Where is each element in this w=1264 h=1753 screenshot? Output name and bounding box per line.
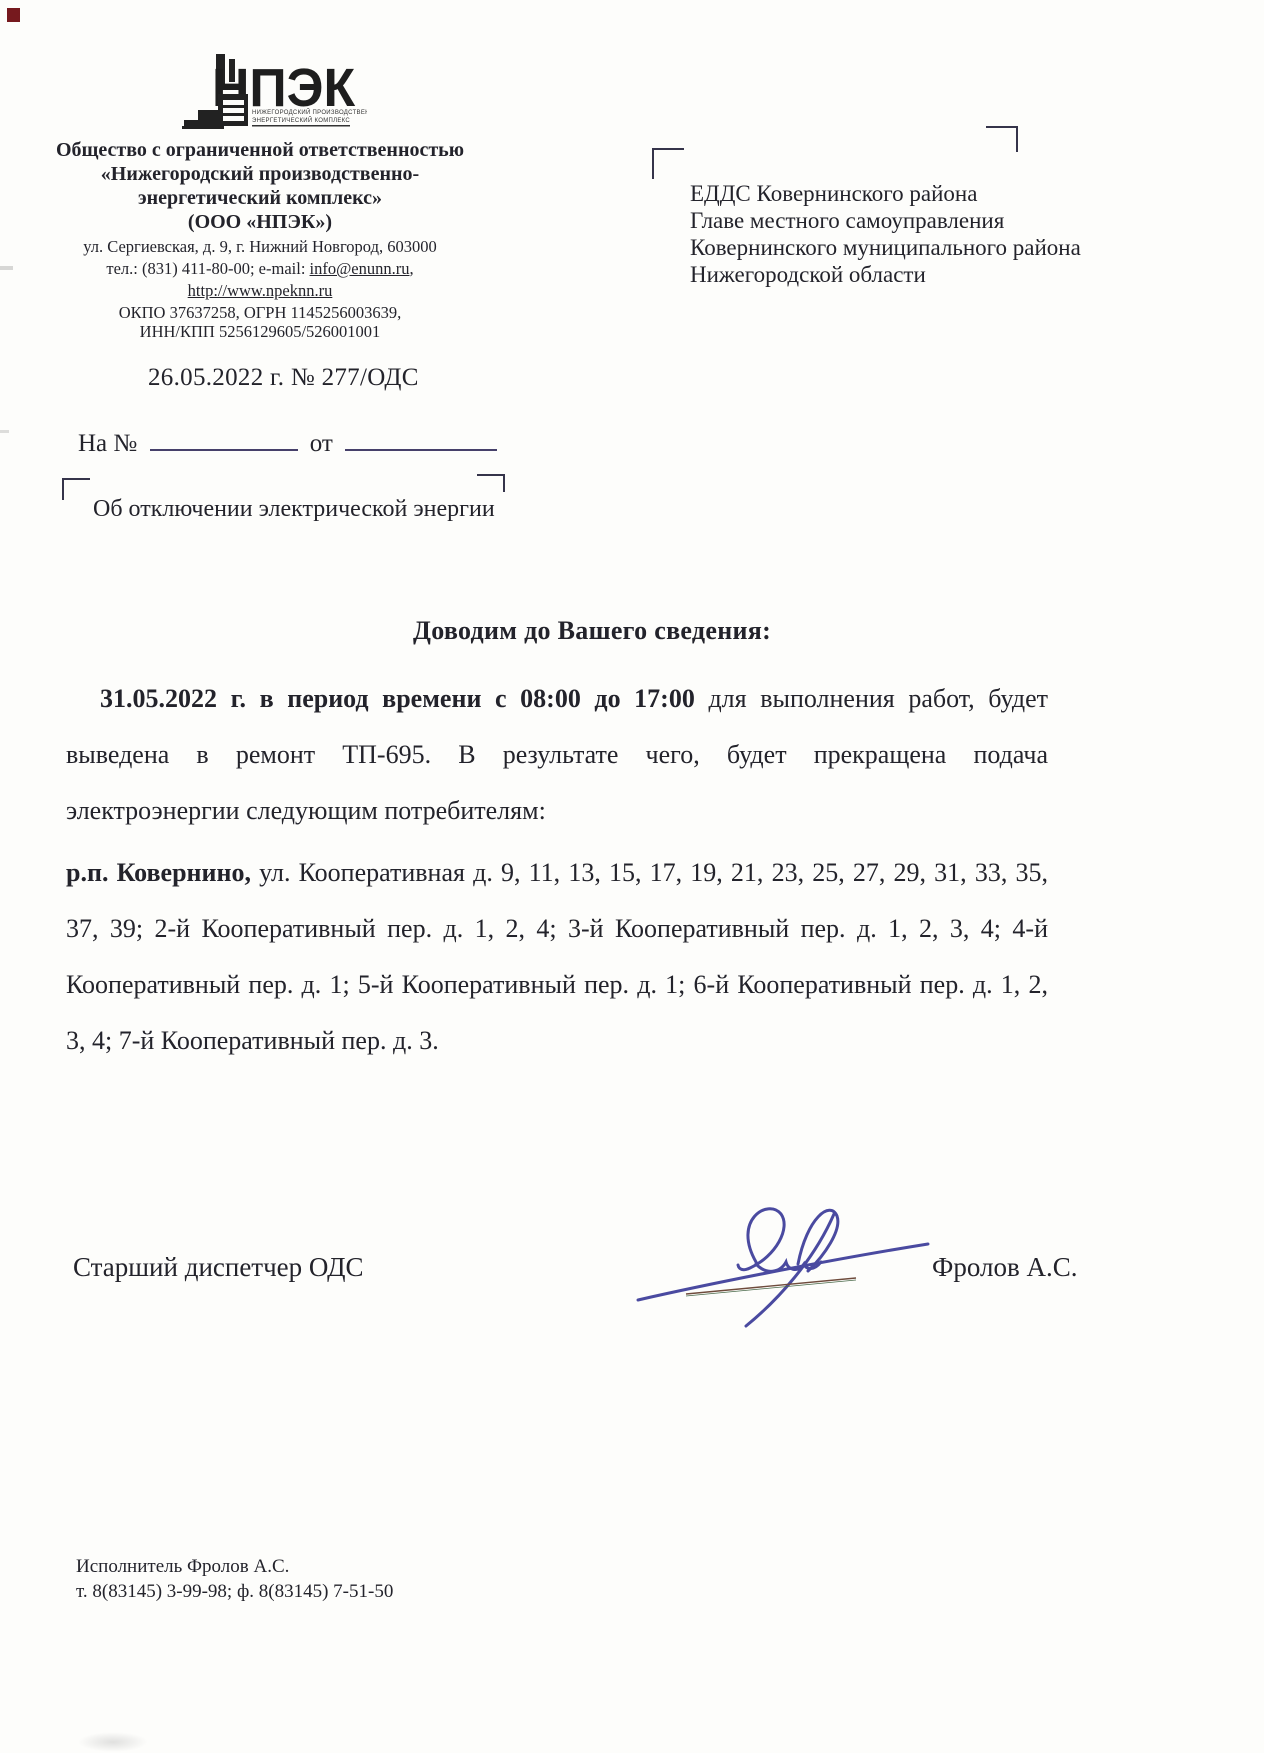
body-line-3: электроэнергии следующим потребителям:	[66, 796, 1048, 826]
scan-artifact-dash	[0, 266, 13, 270]
org-okpo-ogrn: ОКПО 37637258, ОГРН 1145256003639,	[55, 303, 465, 322]
org-contacts: тел.: (831) 411-80-00; e-mail: info@enun…	[55, 259, 465, 278]
body-heading: Доводим до Вашего сведения:	[413, 616, 771, 646]
scan-artifact-dash	[0, 430, 9, 433]
org-name-line: «Нижегородский производственно-	[55, 162, 465, 186]
org-email: info@enunn.ru	[310, 259, 410, 278]
ref-number-blank	[150, 448, 298, 451]
recipient-block: ЕДДС Ковернинского района Главе местного…	[690, 180, 1110, 288]
body-line-2: выведена в ремонт ТП-695. В результате ч…	[66, 740, 1048, 770]
body-line-1-bold: 31.05.2022 г. в период времени с 08:00 д…	[66, 684, 695, 713]
recipient-line: Главе местного самоуправления	[690, 207, 1110, 234]
signatory-title: Старший диспетчер ОДС	[73, 1252, 364, 1283]
reference-line: На № от	[78, 430, 503, 458]
corner-bracket-left	[62, 478, 90, 500]
npek-logo-icon: НПЭК НИЖЕГОРОДСКИЙ ПРОИЗВОДСТВЕННО- ЭНЕР…	[182, 52, 367, 142]
doc-subject: Об отключении электрической энергии	[93, 496, 495, 523]
consumers-paragraph: р.п. Ковернино, ул. Кооперативная д. 9, …	[66, 845, 1048, 1069]
recipient-line: Нижегородской области	[690, 261, 1110, 288]
executor-phones: т. 8(83145) 3-99-98; ф. 8(83145) 7-51-50	[76, 1579, 393, 1604]
ref-prefix-label: На №	[78, 430, 137, 458]
org-website: http://www.npeknn.ru	[55, 281, 465, 300]
letterhead-org-block: Общество с ограниченной ответственностью…	[55, 138, 465, 341]
ref-from-label: от	[310, 430, 333, 458]
executor-name: Исполнитель Фролов А.С.	[76, 1554, 393, 1579]
recipient-line: ЕДДС Ковернинского района	[690, 180, 1110, 207]
logo-tagline-1: НИЖЕГОРОДСКИЙ ПРОИЗВОДСТВЕННО-	[252, 108, 367, 116]
ref-date-blank	[345, 448, 497, 451]
org-inn-kpp: ИНН/КПП 5256129605/526001001	[55, 322, 465, 341]
scan-artifact-smudge	[78, 1732, 148, 1752]
body-line-1: 31.05.2022 г. в период времени с 08:00 д…	[66, 684, 1048, 714]
body-line-1-rest: для выполнения работ, будет	[708, 684, 1048, 713]
scan-artifact-red-square	[7, 8, 20, 22]
company-logo: НПЭК НИЖЕГОРОДСКИЙ ПРОИЗВОДСТВЕННО- ЭНЕР…	[182, 52, 367, 147]
corner-bracket-recipient-left	[652, 148, 684, 179]
scanned-letter-page: НПЭК НИЖЕГОРОДСКИЙ ПРОИЗВОДСТВЕННО- ЭНЕР…	[0, 0, 1264, 1753]
org-address: ул. Сергиевская, д. 9, г. Нижний Новгоро…	[55, 237, 465, 256]
doc-date-number: 26.05.2022 г. № 277/ОДС	[148, 364, 448, 392]
recipient-line: Ковернинского муниципального района	[690, 234, 1110, 261]
org-name-line: Общество с ограниченной ответственностью	[55, 138, 465, 162]
logo-tagline-2: ЭНЕРГЕТИЧЕСКИЙ КОМПЛЕКС	[252, 116, 350, 124]
executor-block: Исполнитель Фролов А.С. т. 8(83145) 3-99…	[76, 1554, 393, 1604]
signatory-name: Фролов А.С.	[932, 1252, 1077, 1283]
org-phone: тел.: (831) 411-80-00; e-mail:	[106, 259, 309, 278]
org-email-comma: ,	[410, 259, 414, 278]
org-short-name: (ООО «НПЭК»)	[55, 210, 465, 234]
corner-bracket-right	[477, 474, 505, 492]
consumers-list: ул. Кооперативная д. 9, 11, 13, 15, 17, …	[66, 858, 1048, 1055]
consumers-locality: р.п. Ковернино,	[66, 858, 251, 887]
corner-bracket-recipient-right	[986, 126, 1018, 152]
org-name-line: энергетический комплекс»	[55, 186, 465, 210]
handwritten-signature-icon	[628, 1198, 938, 1335]
